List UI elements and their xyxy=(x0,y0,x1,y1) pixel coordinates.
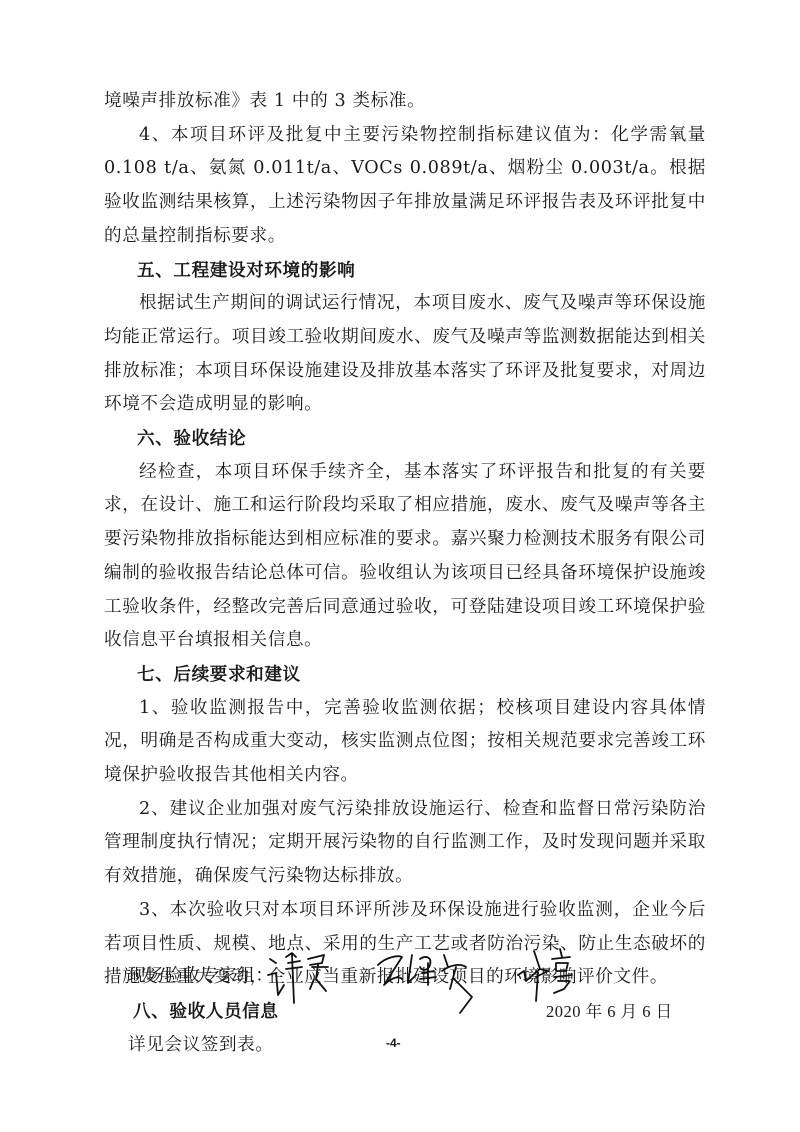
paragraph-item-4: 4、本项目环评及批复中主要污染物控制指标建议值为：化学需氧量 0.108 t/a… xyxy=(104,119,706,254)
signature-label: 现场验收专家组： xyxy=(128,962,274,987)
handwritten-signature-icon xyxy=(376,945,486,1015)
section-8-paragraph: 详见会议签到表。 xyxy=(104,1029,706,1063)
section-7-item-1: 1、验收监测报告中，完善验收监测依据；校核项目建设内容具体情况，明确是否构成重大… xyxy=(104,692,706,793)
page-number: -4- xyxy=(386,1036,401,1050)
section-heading-6: 六、验收结论 xyxy=(104,422,706,456)
signature-2: 万建新 xyxy=(376,945,486,1019)
signature-1: 谭军 xyxy=(266,945,336,1015)
section-7-item-2: 2、建议企业加强对废气污染排放设施运行、检查和监督日常污染防治管理制度执行情况；… xyxy=(104,793,706,894)
section-6-paragraph: 经检查，本项目环保手续齐全，基本落实了环评报告和批复的有关要求，在设计、施工和运… xyxy=(104,456,706,658)
handwritten-signature-icon xyxy=(266,945,336,1011)
section-heading-7: 七、后续要求和建议 xyxy=(104,658,706,692)
continuation-line: 境噪声排放标准》表 1 中的 3 类标准。 xyxy=(104,85,706,119)
signing-date: 2020 年 6 月 6 日 xyxy=(546,998,673,1022)
section-5-paragraph: 根据试生产期间的调试运行情况，本项目废水、废气及噪声等环保设施均能正常运行。项目… xyxy=(104,287,706,422)
document-page: 境噪声排放标准》表 1 中的 3 类标准。 4、本项目环评及批复中主要污染物控制… xyxy=(0,0,800,1132)
document-body: 境噪声排放标准》表 1 中的 3 类标准。 4、本项目环评及批复中主要污染物控制… xyxy=(104,85,706,1062)
section-heading-5: 五、工程建设对环境的影响 xyxy=(104,254,706,288)
